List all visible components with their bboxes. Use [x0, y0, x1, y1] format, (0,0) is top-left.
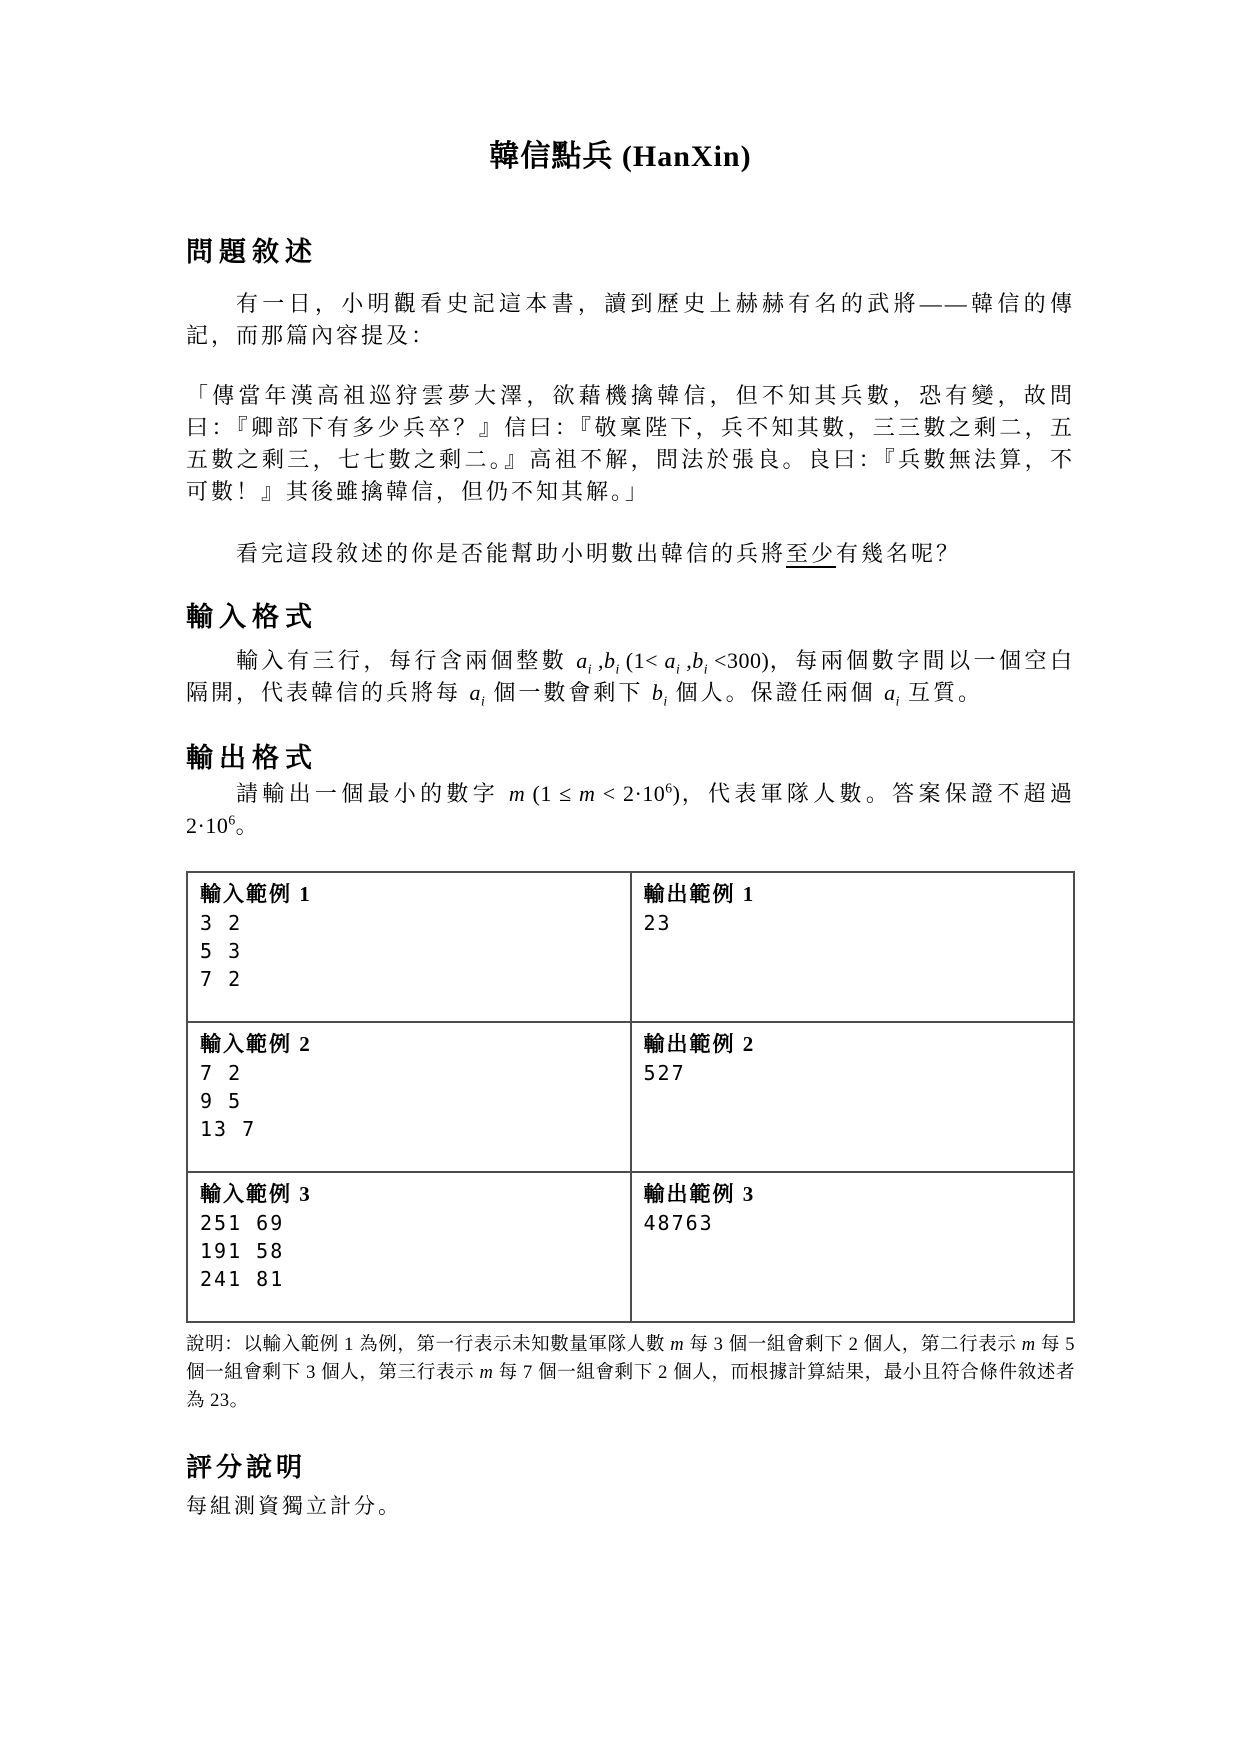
section-heading-scoring: 評分說明 — [186, 1451, 1075, 1483]
power-base: 2·10 — [623, 781, 665, 806]
example-input-label: 輸入範例 3 — [200, 1179, 618, 1209]
example-1-input-cell: 輸入範例 1 3 2 5 3 7 2 — [187, 872, 631, 1022]
example-input-line: 3 2 — [200, 909, 618, 937]
example-row-1: 輸入範例 1 3 2 5 3 7 2 輸出範例 1 23 — [187, 872, 1074, 1022]
power-base: 2·10 — [186, 813, 228, 838]
problem-paragraph-intro: 有一日，小明觀看史記這本書，讀到歷史上赫赫有名的武將——韓信的傳記，而那篇內容提… — [186, 288, 1075, 352]
example-output-value: 48763 — [644, 1209, 1062, 1237]
example-input-line: 191 58 — [200, 1237, 618, 1265]
example-row-3: 輸入範例 3 251 69 191 58 241 81 輸出範例 3 48763 — [187, 1172, 1074, 1322]
power-exponent: 6 — [228, 813, 235, 828]
example-2-input-cell: 輸入範例 2 7 2 9 5 13 7 — [187, 1022, 631, 1172]
document-page: 韓信點兵 (HanXin) 問題敘述 有一日，小明觀看史記這本書，讀到歷史上赫赫… — [0, 0, 1241, 1754]
input-format-text: 個一數會剩下 — [485, 680, 652, 705]
example-input-line: 13 7 — [200, 1115, 618, 1143]
example-input-line: 241 81 — [200, 1265, 618, 1293]
question-text: 有幾名呢？ — [836, 541, 961, 566]
output-format-text: ，代表軍隊人數。答案保證不超過 — [680, 781, 1075, 806]
question-underlined-text: 至少 — [786, 541, 836, 566]
var-b-i: bi — [604, 648, 619, 673]
var-b: b — [604, 648, 616, 673]
var-a: a — [576, 648, 588, 673]
example-input-label: 輸入範例 2 — [200, 1029, 618, 1059]
math-range-close: <300) — [708, 648, 770, 673]
example-output-label: 輸出範例 1 — [644, 879, 1062, 909]
scoring-paragraph: 每組測資獨立計分。 — [186, 1491, 1075, 1521]
example-input-line: 5 3 — [200, 937, 618, 965]
math-range-open: (1 ≤ — [525, 781, 579, 806]
var-a-i: ai — [470, 680, 485, 705]
input-format-paragraph: 輸入有三行，每行含兩個整數 ai ,bi (1< ai ,bi <300)，每兩… — [186, 645, 1075, 709]
section-heading-output-format: 輸出格式 — [186, 743, 1075, 774]
document-content: 問題敘述 有一日，小明觀看史記這本書，讀到歷史上赫赫有名的武將——韓信的傳記，而… — [186, 237, 1075, 1521]
var-m: m — [480, 1363, 494, 1383]
var-b: b — [652, 680, 664, 705]
math-power-limit: 2·106 — [623, 781, 673, 806]
var-m: m — [509, 781, 525, 806]
var-m: m — [670, 1335, 684, 1355]
math-comma: , — [592, 648, 604, 673]
var-b-i: bi — [692, 648, 707, 673]
var-a-i: ai — [884, 680, 899, 705]
var-a: a — [664, 648, 676, 673]
section-heading-input-format: 輸入格式 — [186, 602, 1075, 633]
var-a: a — [470, 680, 482, 705]
example-explanation: 說明：以輸入範例 1 為例，第一行表示未知數量軍隊人數 m 每 3 個一組會剩下… — [186, 1331, 1075, 1415]
math-range-open: (1< — [619, 648, 664, 673]
var-a: a — [884, 680, 896, 705]
input-format-text: 個人。保證任兩個 — [667, 680, 884, 705]
example-3-output-cell: 輸出範例 3 48763 — [631, 1172, 1075, 1322]
example-row-2: 輸入範例 2 7 2 9 5 13 7 輸出範例 2 527 — [187, 1022, 1074, 1172]
explanation-text: 說明：以輸入範例 1 為例，第一行表示未知數量軍隊人數 — [186, 1335, 670, 1355]
problem-paragraph-quote: 「傳當年漢高祖巡狩雲夢大澤，欲藉機擒韓信，但不知其兵數，恐有變，故問曰：『卿部下… — [186, 380, 1075, 508]
question-text: 看完這段敘述的你是否能幫助小明數出韓信的兵將 — [236, 541, 786, 566]
example-output-value: 527 — [644, 1059, 1062, 1087]
output-format-paragraph: 請輸出一個最小的數字 m (1 ≤ m < 2·106)，代表軍隊人數。答案保證… — [186, 778, 1075, 842]
example-input-line: 7 2 — [200, 1059, 618, 1087]
power-exponent: 6 — [665, 781, 672, 796]
input-format-text: 輸入有三行，每行含兩個整數 — [236, 648, 576, 673]
example-3-input-cell: 輸入範例 3 251 69 191 58 241 81 — [187, 1172, 631, 1322]
examples-table: 輸入範例 1 3 2 5 3 7 2 輸出範例 1 23 輸入範例 2 7 2 … — [186, 871, 1075, 1323]
example-output-label: 輸出範例 3 — [644, 1179, 1062, 1209]
var-a-i: ai — [664, 648, 679, 673]
math-range-mid: < — [595, 781, 623, 806]
output-format-text: 。 — [236, 813, 261, 838]
output-format-text: 請輸出一個最小的數字 — [236, 781, 509, 806]
var-m: m — [579, 781, 595, 806]
problem-paragraph-question: 看完這段敘述的你是否能幫助小明數出韓信的兵將至少有幾名呢？ — [186, 538, 1075, 570]
math-power-limit: 2·106 — [186, 813, 236, 838]
var-a-i: ai — [576, 648, 591, 673]
example-input-line: 251 69 — [200, 1209, 618, 1237]
var-b: b — [692, 648, 704, 673]
math-comma: , — [680, 648, 692, 673]
var-b-i: bi — [652, 680, 667, 705]
input-format-text: 互質。 — [899, 680, 983, 705]
page-title: 韓信點兵 (HanXin) — [0, 141, 1241, 173]
example-1-output-cell: 輸出範例 1 23 — [631, 872, 1075, 1022]
example-2-output-cell: 輸出範例 2 527 — [631, 1022, 1075, 1172]
var-m: m — [1022, 1335, 1036, 1355]
section-heading-problem: 問題敘述 — [186, 237, 1075, 268]
example-input-line: 7 2 — [200, 965, 618, 993]
example-input-label: 輸入範例 1 — [200, 879, 618, 909]
example-output-value: 23 — [644, 909, 1062, 937]
example-output-label: 輸出範例 2 — [644, 1029, 1062, 1059]
example-input-line: 9 5 — [200, 1087, 618, 1115]
explanation-text: 每 3 個一組會剩下 2 個人，第二行表示 — [684, 1335, 1022, 1355]
